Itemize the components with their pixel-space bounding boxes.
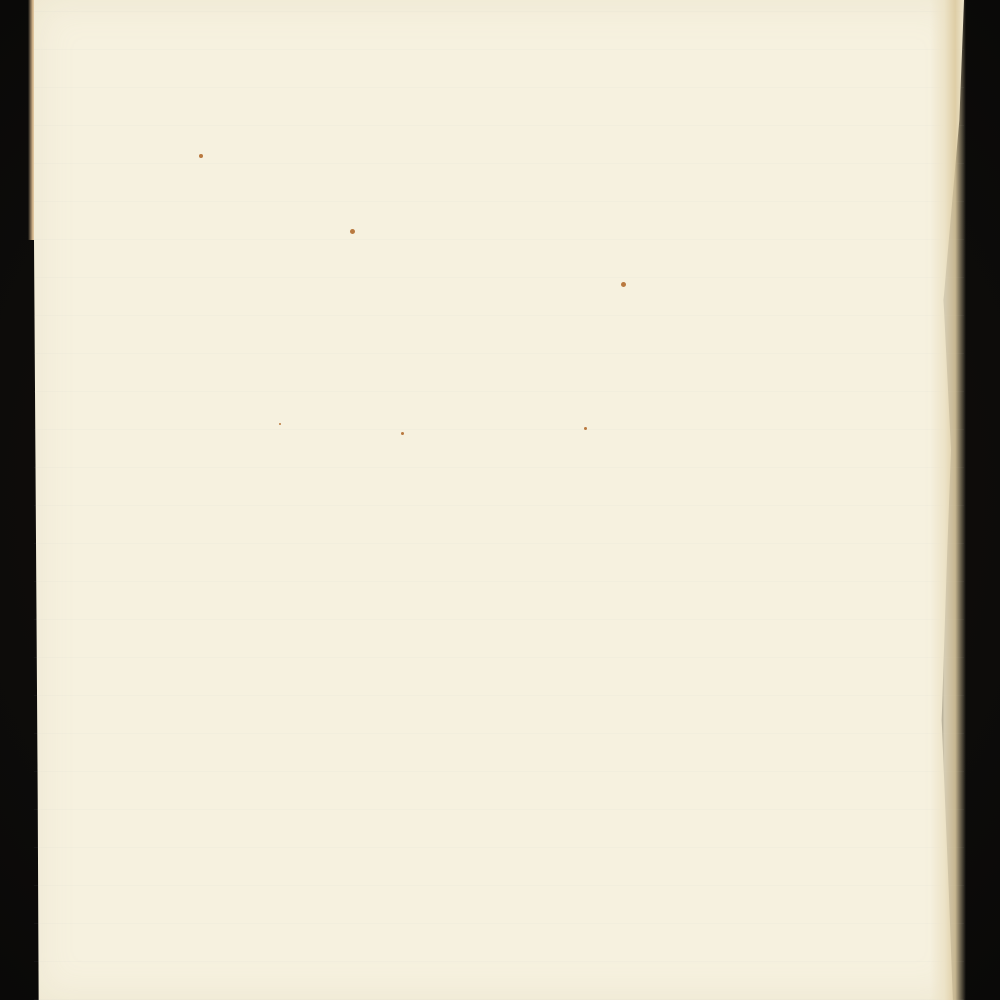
document-page — [34, 0, 964, 1000]
page-right-deckle-edge — [930, 0, 966, 1000]
foxing-spot — [621, 282, 626, 287]
foxing-spot — [199, 154, 203, 158]
foxing-spot — [350, 229, 355, 234]
foxing-spot — [279, 423, 281, 425]
foxing-spot — [401, 432, 404, 435]
foxing-spot — [584, 427, 587, 430]
